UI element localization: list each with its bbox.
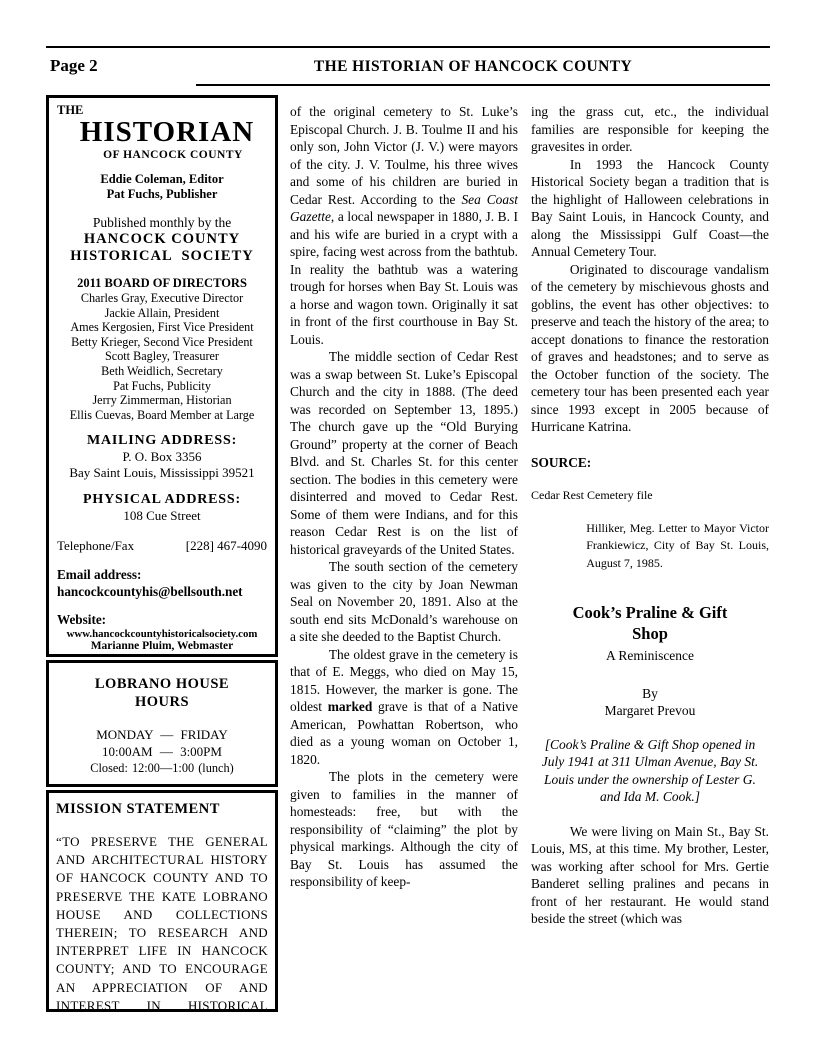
- hours-schedule: MONDAY — FRIDAY 10:00AM — 3:00PM Closed:…: [55, 727, 269, 777]
- society-name-line2: HISTORICAL SOCIETY: [55, 248, 269, 265]
- board-member: Charles Gray, Executive Director: [55, 291, 269, 306]
- newsletter-page: Page 2 THE HISTORIAN OF HANCOCK COUNTY T…: [0, 0, 816, 1056]
- hours-title-line2: HOURS: [55, 693, 269, 711]
- article-paragraph: We were living on Main St., Bay St. Loui…: [531, 823, 769, 928]
- page-header: Page 2 THE HISTORIAN OF HANCOCK COUNTY: [46, 46, 770, 86]
- hours-times: 10:00AM — 3:00PM: [55, 744, 269, 761]
- masthead-staff: Eddie Coleman, Editor Pat Fuchs, Publish…: [55, 172, 269, 202]
- phone-row: Telephone/Fax [228] 467-4090: [55, 538, 269, 554]
- publisher-line: Pat Fuchs, Publisher: [55, 187, 269, 202]
- article-column-middle: of the original cemetery to St. Luke’s E…: [290, 95, 518, 1012]
- article-paragraph: The plots in the cemetery were given to …: [290, 768, 518, 891]
- published-line: Published monthly by the: [55, 214, 269, 231]
- mailing-address-heading: MAILING ADDRESS:: [55, 433, 269, 449]
- website-url: www.hancockcountyhistoricalsociety.com: [55, 628, 269, 640]
- mission-statement-box: MISSION STATEMENT “TO PRESERVE THE GENER…: [46, 790, 278, 1012]
- webmaster-line: Marianne Pluim, Webmaster: [55, 640, 269, 652]
- byline-author: Margaret Prevou: [531, 702, 769, 720]
- cooks-intro-note: [Cook’s Praline & Gift Shop opened in Ju…: [538, 736, 763, 806]
- article-column-right: ing the grass cut, etc., the individual …: [531, 95, 769, 1012]
- mailing-address-line: P. O. Box 3356: [55, 449, 269, 465]
- header-rule-bottom: [196, 84, 770, 86]
- email-label: Email address:: [57, 567, 269, 584]
- masthead-box: THE HISTORIAN OF HANCOCK COUNTY Eddie Co…: [46, 95, 278, 657]
- hours-closed: Closed: 12:00—1:00 (lunch): [55, 760, 269, 777]
- mission-text: “TO PRESERVE THE GENERAL AND ARCHITECTUR…: [56, 833, 268, 1012]
- source-heading: SOURCE:: [531, 454, 769, 472]
- lobrano-hours-box: LOBRANO HOUSE HOURS MONDAY — FRIDAY 10:0…: [46, 660, 278, 787]
- article-paragraph: Originated to discourage vandalism of th…: [531, 261, 769, 436]
- board-member: Ames Kergosien, First Vice President: [55, 320, 269, 335]
- article-paragraph: ing the grass cut, etc., the individual …: [531, 103, 769, 156]
- phone-label: Telephone/Fax: [57, 538, 134, 554]
- board-heading: 2011 BOARD OF DIRECTORS: [55, 276, 269, 291]
- phone-number: [228] 467-4090: [186, 538, 267, 554]
- article-paragraph: The middle section of Cedar Rest was a s…: [290, 348, 518, 558]
- page-number: Page 2: [50, 56, 98, 76]
- mailing-address-line: Bay Saint Louis, Mississippi 39521: [55, 465, 269, 481]
- article-paragraph: The oldest grave in the cemetery is that…: [290, 646, 518, 769]
- editor-line: Eddie Coleman, Editor: [55, 172, 269, 187]
- board-member: Scott Bagley, Treasurer: [55, 349, 269, 364]
- mission-heading: MISSION STATEMENT: [56, 801, 268, 818]
- board-member: Jackie Allain, President: [55, 306, 269, 321]
- source-item: Cedar Rest Cemetery file: [531, 487, 769, 505]
- masthead-title: HISTORIAN: [65, 116, 269, 149]
- byline-label: By: [531, 685, 769, 703]
- source-item: Hilliker, Meg. Letter to Mayor Victor Fr…: [531, 520, 769, 573]
- sidebar: THE HISTORIAN OF HANCOCK COUNTY Eddie Co…: [46, 95, 278, 1012]
- email-block: Email address: hancockcountyhis@bellsout…: [55, 567, 269, 600]
- hours-title: LOBRANO HOUSE HOURS: [55, 675, 269, 711]
- header-row: Page 2 THE HISTORIAN OF HANCOCK COUNTY: [46, 48, 770, 84]
- article-paragraph: of the original cemetery to St. Luke’s E…: [290, 103, 518, 348]
- article-paragraph: In 1993 the Hancock County Historical So…: [531, 156, 769, 261]
- newsletter-title: THE HISTORIAN OF HANCOCK COUNTY: [176, 58, 770, 76]
- masthead-subtitle: OF HANCOCK COUNTY: [77, 149, 269, 161]
- page-content: THE HISTORIAN OF HANCOCK COUNTY Eddie Co…: [46, 95, 770, 1012]
- society-name-line1: HANCOCK COUNTY: [55, 231, 269, 248]
- physical-address-line: 108 Cue Street: [55, 508, 269, 524]
- board-member: Pat Fuchs, Publicity: [55, 379, 269, 394]
- email-address: hancockcountyhis@bellsouth.net: [57, 584, 269, 601]
- board-member: Beth Weidlich, Secretary: [55, 364, 269, 379]
- cooks-article-subtitle: A Reminiscence: [531, 647, 769, 665]
- paragraph-text: , a local newspaper in 1880, J. B. I and…: [290, 209, 518, 347]
- bold-emphasis: marked: [328, 699, 373, 714]
- hours-days: MONDAY — FRIDAY: [55, 727, 269, 744]
- hours-title-line1: LOBRANO HOUSE: [55, 675, 269, 693]
- board-member: Betty Krieger, Second Vice President: [55, 335, 269, 350]
- website-label: Website:: [55, 612, 269, 628]
- physical-address-heading: PHYSICAL ADDRESS:: [55, 492, 269, 508]
- board-of-directors: 2011 BOARD OF DIRECTORS Charles Gray, Ex…: [55, 276, 269, 422]
- article-paragraph: The south section of the cemetery was gi…: [290, 558, 518, 646]
- board-member: Jerry Zimmerman, Historian: [55, 393, 269, 408]
- board-member: Ellis Cuevas, Board Member at Large: [55, 408, 269, 423]
- cooks-article-title: Cook’s Praline & Gift Shop: [555, 602, 745, 644]
